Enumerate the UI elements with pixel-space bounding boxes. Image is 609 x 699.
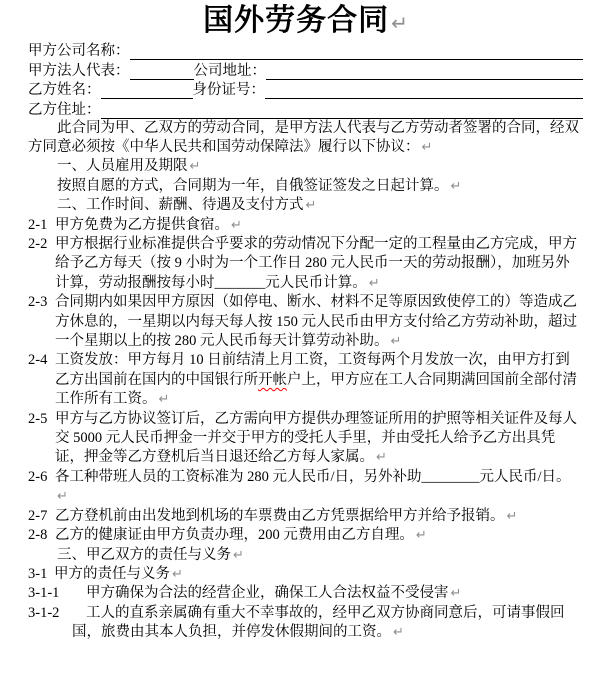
form-row-name-id: 乙方姓名： 身份证号：	[28, 80, 583, 99]
paragraph-mark-icon: ↵	[190, 159, 201, 174]
form-row-party-b-address: 乙方住址：	[28, 99, 583, 118]
clause-number: 2-2	[28, 235, 55, 254]
clause-number: 2-4	[28, 351, 55, 370]
clause-text: 乙方的健康证由甲方负责办理，200 元费用由乙方自理。	[55, 527, 414, 543]
contract-document[interactable]: 国外劳务合同↵ 甲方公司名称： 甲方法人代表： 公司地址： 乙方姓名： 身份证号…	[0, 0, 609, 643]
section-1-body: 按照自愿的方式，合同期为一年，自俄签证签发之日起计算。↵	[28, 177, 583, 196]
clause-number: 2-5	[28, 410, 55, 429]
clause-2-6: 2-6各工种带班人员的工资标准为 280 元人民币/日，另外补助________…	[28, 468, 583, 507]
party-b-name-blank[interactable]	[101, 83, 193, 99]
clause-3-1-1: 3-1-1甲方确保为合法的经营企业，确保工人合法权益不受侵害↵	[28, 584, 583, 603]
clause-text: 合同期内如果因甲方原因（如停电、断水、材料不足等原因致使停工的）等造成乙方休息的…	[55, 294, 577, 349]
clause-text: 甲方免费为乙方提供食宿。	[55, 217, 229, 233]
paragraph-mark-icon: ↵	[393, 625, 404, 640]
clause-text: 乙方登机前由出发地到机场的车票费由乙方凭票据给甲方并给予报销。	[55, 508, 505, 524]
party-a-representative-blank[interactable]	[130, 64, 194, 80]
paragraph-mark-icon: ↵	[233, 548, 244, 563]
paragraph-mark-icon: ↵	[231, 218, 242, 233]
company-address-label: 公司地址：	[194, 62, 267, 80]
clause-number: 3-1-1	[28, 584, 86, 603]
paragraph-mark-icon: ↵	[369, 276, 380, 291]
party-a-company-label: 甲方公司名称：	[28, 42, 130, 60]
section-3-heading: 三、甲乙双方的责任与义务↵	[28, 546, 583, 565]
paragraph-mark-icon: ↵	[451, 586, 462, 601]
paragraph-mark-icon: ↵	[172, 567, 183, 582]
id-number-label: 身份证号：	[193, 81, 266, 99]
form-row-representative-address: 甲方法人代表： 公司地址：	[28, 60, 583, 79]
clause-text: 各工种带班人员的工资标准为 280 元人民币/日，另外补助________元人民…	[55, 469, 571, 485]
paragraph-text: 此合同为甲、乙双方的劳动合同，是甲方法人代表与乙方劳动者签署的合同，经双方同意必…	[28, 120, 579, 155]
clause-text: 甲方确保为合法的经营企业，确保工人合法权益不受侵害	[86, 585, 449, 601]
clause-2-8: 2-8乙方的健康证由甲方负责办理，200 元费用由乙方自理。↵	[28, 526, 583, 545]
heading-text: 二、工作时间、薪酬、待遇及支付方式	[57, 197, 304, 213]
paragraph-mark-icon: ↵	[391, 334, 402, 349]
clause-2-7: 2-7乙方登机前由出发地到机场的车票费由乙方凭票据给甲方并给予报销。↵	[28, 507, 583, 526]
id-number-blank[interactable]	[265, 83, 583, 99]
paragraph-mark-icon: ↵	[391, 11, 408, 35]
clause-number: 2-8	[28, 526, 55, 545]
paragraph-mark-icon: ↵	[451, 179, 462, 194]
form-row-company: 甲方公司名称：	[28, 41, 583, 60]
heading-text: 一、人员雇用及期限	[57, 158, 188, 174]
clause-text: 甲方与乙方协议签订后，乙方需向甲方提供办理签证所用的护照等相关证件及每人交 50…	[55, 411, 577, 466]
paragraph-mark-icon: ↵	[376, 450, 387, 465]
paragraph-mark-icon: ↵	[306, 198, 317, 213]
company-address-blank[interactable]	[266, 64, 583, 80]
intro-paragraph: 此合同为甲、乙双方的劳动合同，是甲方法人代表与乙方劳动者签署的合同，经双方同意必…	[28, 119, 583, 158]
heading-text: 三、甲乙双方的责任与义务	[57, 547, 231, 563]
document-title: 国外劳务合同↵	[28, 3, 583, 41]
clause-2-3: 2-3合同期内如果因甲方原因（如停电、断水、材料不足等原因致使停工的）等造成乙方…	[28, 293, 583, 351]
section-2-heading: 二、工作时间、薪酬、待遇及支付方式↵	[28, 196, 583, 215]
clause-2-2: 2-2甲方根据行业标准提供合乎要求的劳动情况下分配一定的工程量由乙方完成，甲方给…	[28, 235, 583, 293]
paragraph-mark-icon: ↵	[159, 392, 170, 407]
clause-number: 3-1	[28, 565, 54, 584]
paragraph-text: 按照自愿的方式，合同期为一年，自俄签证签发之日起计算。	[57, 178, 449, 194]
clause-number: 2-1	[28, 216, 55, 235]
clause-text: 工人的直系亲属确有重大不幸事故的，经甲乙双方协商同意后，可请事假回国，旅费由其本…	[72, 605, 565, 640]
clause-3-1-2: 3-1-2工人的直系亲属确有重大不幸事故的，经甲乙双方协商同意后，可请事假回国，…	[28, 604, 583, 643]
clause-number: 2-7	[28, 507, 55, 526]
paragraph-mark-icon: ↵	[507, 509, 518, 524]
paragraph-mark-icon: ↵	[57, 489, 68, 504]
paragraph-mark-icon: ↵	[416, 528, 427, 543]
clause-number: 3-1-2	[28, 604, 86, 623]
clause-number: 2-3	[28, 293, 55, 312]
party-b-name-label: 乙方姓名：	[28, 81, 101, 99]
party-a-representative-label: 甲方法人代表：	[28, 62, 130, 80]
clause-2-5: 2-5甲方与乙方协议签订后，乙方需向甲方提供办理签证所用的护照等相关证件及每人交…	[28, 410, 583, 468]
clause-text: 甲方的责任与义务	[54, 566, 170, 582]
clause-3-1: 3-1甲方的责任与义务↵	[28, 565, 583, 584]
clause-text: 甲方根据行业标准提供合乎要求的劳动情况下分配一定的工程量由乙方完成，甲方给予乙方…	[55, 236, 577, 291]
spellcheck-underlined-text: 开帐	[258, 372, 287, 388]
party-b-address-blank[interactable]	[101, 103, 584, 119]
paragraph-mark-icon: ↵	[422, 140, 433, 155]
party-b-address-label: 乙方住址：	[28, 101, 101, 119]
section-1-heading: 一、人员雇用及期限↵	[28, 157, 583, 176]
party-a-company-blank[interactable]	[130, 44, 584, 60]
clause-2-4: 2-4工资发放：甲方每月 10 日前结清上月工资，工资每两个月发放一次，由甲方打…	[28, 351, 583, 409]
clause-2-1: 2-1甲方免费为乙方提供食宿。↵	[28, 216, 583, 235]
title-text: 国外劳务合同	[203, 4, 389, 37]
clause-number: 2-6	[28, 468, 55, 487]
